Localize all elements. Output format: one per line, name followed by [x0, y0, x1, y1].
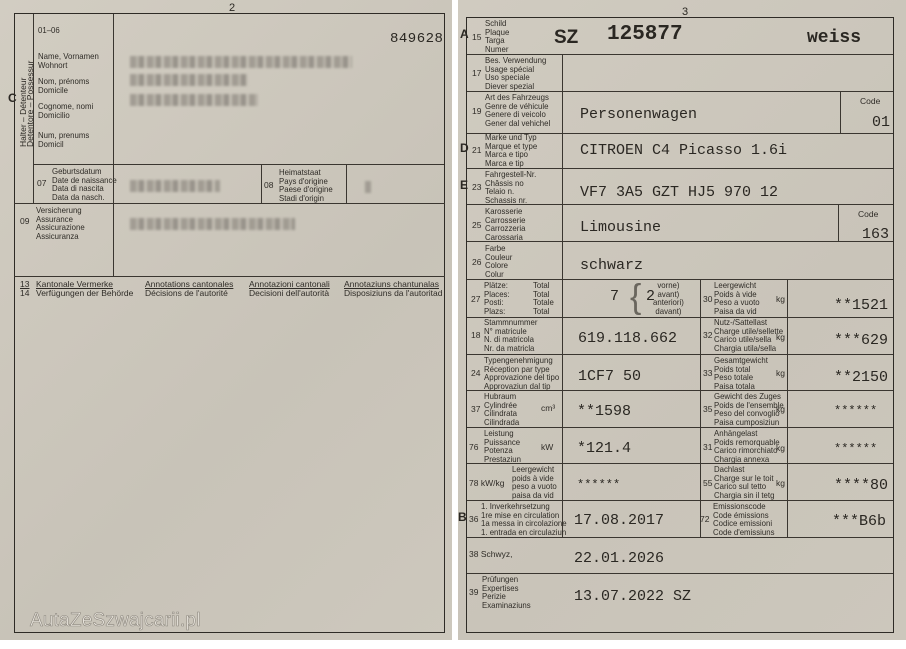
first-registration-label: 1. Inverkehrsetzung1re mise en circulati… — [481, 502, 567, 536]
power-weight-value: ****** — [577, 478, 620, 492]
field-number-78: 78 kW/kg — [469, 478, 504, 488]
divider — [346, 164, 347, 203]
holder-label-de: Name, VornamenWohnort — [38, 52, 99, 69]
unit-kg: kg — [776, 332, 785, 342]
matricule-value: 619.118.662 — [578, 330, 677, 347]
power-weight-label: Leergewichtpoids à videpeso a vuotopaisa… — [512, 465, 557, 499]
insurance-label: VersicherungAssuranceAssicurazioneAssicu… — [36, 206, 85, 240]
issue-date-value: 22.01.2026 — [574, 550, 664, 567]
divider — [14, 203, 445, 204]
divider — [33, 164, 444, 165]
brace-icon: { — [630, 280, 641, 314]
vertical-label-detentore: Detentore – Possessur — [26, 61, 35, 147]
vehicle-type-code: 01 — [872, 114, 890, 131]
field-number-37: 37 — [471, 404, 480, 414]
unit-kg: kg — [776, 368, 785, 378]
field-number-25: 25 — [472, 220, 481, 230]
watermark: AutaZeSzwajcarii.pl — [30, 610, 201, 632]
empty-weight-value: **1521 — [834, 297, 888, 314]
seats-front-label: vorne)avant)anteriori)davant) — [653, 281, 684, 315]
field-number-09: 09 — [20, 216, 29, 226]
emission-code-value: ***B6b — [832, 513, 886, 530]
roof-load-value: ****80 — [834, 477, 888, 494]
field-number-76: 76 — [469, 442, 478, 452]
unit-cm3: cm³ — [541, 403, 555, 413]
field-number-31: 31 — [703, 442, 712, 452]
divider — [261, 164, 262, 203]
unit-kg: kg — [776, 443, 785, 453]
field-number-26: 26 — [472, 257, 481, 267]
body-label: KarosserieCarrosserieCarrozzeriaCarossar… — [485, 207, 525, 241]
field-number-19: 19 — [472, 106, 481, 116]
origin-redacted — [365, 181, 371, 193]
field-number-32: 32 — [703, 330, 712, 340]
divider — [700, 279, 701, 537]
document-number: 849628 — [390, 31, 443, 47]
insurance-redacted — [130, 218, 295, 230]
plate-color: weiss — [807, 28, 861, 48]
authority-decisions-it: Decisioni dell'autorità — [249, 288, 329, 298]
matricule-label: StammnummerN° matriculeN. di matricolaNr… — [484, 318, 537, 352]
vehicle-type-code-label: Code — [860, 96, 880, 106]
field-number-27: 27 — [471, 294, 480, 304]
body-code-label: Code — [858, 209, 878, 219]
field-number-38: 38 Schwyz, — [469, 549, 513, 559]
special-use-label: Bes. VerwendungUsage spécialUso speciale… — [485, 56, 546, 90]
holder-range-label: 01–06 — [38, 26, 60, 35]
divider — [467, 427, 893, 428]
divider — [787, 279, 788, 537]
plate-canton: SZ — [554, 27, 578, 49]
authority-decisions-rm: Disposiziuns da l'autoritad — [344, 288, 442, 298]
colour-value: schwarz — [580, 257, 643, 274]
colour-label: FarbeCouleurColoreColur — [485, 244, 512, 278]
payload-value: ***629 — [834, 332, 888, 349]
train-weight-label: Gewicht des ZugesPoids de l'ensemblePeso… — [714, 392, 784, 426]
field-number-36: 36 — [469, 514, 478, 524]
emission-code-label: EmissionscodeCode émissionsCodice emissi… — [713, 502, 774, 536]
origin-label: HeimatstaatPays d'originePaese d'origine… — [279, 168, 333, 202]
unit-kg: kg — [776, 478, 785, 488]
holder-label-rm: Num, prenumsDomicil — [38, 131, 89, 148]
divider — [467, 279, 893, 280]
divider — [467, 573, 893, 574]
first-registration-value: 17.08.2017 — [574, 512, 664, 529]
payload-label: Nutz-/SattellastCharge utile/selletteCar… — [714, 318, 783, 352]
total-weight-value: **2150 — [834, 369, 888, 386]
side-letter-b: B — [458, 510, 467, 524]
roof-load-label: DachlastCharge sur le toitCarico sul tet… — [714, 465, 774, 499]
field-number-08: 08 — [264, 180, 273, 190]
holder-label-fr: Nom, prénomsDomicile — [38, 77, 89, 94]
field-number-17: 17 — [472, 68, 481, 78]
authority-decisions-fr: Décisions de l'autorité — [145, 288, 228, 298]
trailer-load-label: AnhängelastPoids remorquableCarico rimor… — [714, 429, 780, 463]
chassis-value: VF7 3A5 GZT HJ5 970 12 — [580, 184, 778, 201]
field-number-55: 55 — [703, 478, 712, 488]
chassis-label: Fahrgestell-Nr.Châssis noTelaio n.Schass… — [485, 170, 536, 204]
birth-date-label: GeburtsdatumDate de naissanceData di nas… — [52, 167, 117, 201]
field-number-07: 07 — [37, 178, 46, 188]
side-letter-e: E — [460, 178, 468, 192]
divider — [14, 276, 445, 277]
field-number-72: 72 — [700, 514, 709, 524]
divider — [562, 54, 563, 537]
power-value: *121.4 — [577, 440, 631, 457]
holder-label-it: Cognome, nomiDomicilio — [38, 102, 93, 119]
inspections-value: 13.07.2022 SZ — [574, 588, 691, 605]
holder-street-redacted — [130, 74, 248, 86]
power-label: LeistungPuissancePotenzaPrestaziun — [484, 429, 521, 463]
field-number-21: 21 — [472, 145, 481, 155]
seats-total-value: 7 — [610, 288, 619, 305]
divider — [467, 241, 893, 242]
unit-kw: kW — [541, 442, 553, 452]
trailer-load-value: ****** — [834, 442, 877, 456]
birth-date-redacted — [130, 180, 220, 192]
field-number-30: 30 — [703, 294, 712, 304]
field-number-14: 14 — [20, 288, 29, 298]
type-approval-label: TypengenehmigungRéception par typeApprov… — [484, 356, 559, 390]
plate-number: 125877 — [607, 23, 683, 46]
displacement-label: HubraumCylindréeCilindrataCilindrada — [484, 392, 519, 426]
side-letter-d: D — [460, 141, 469, 155]
type-approval-value: 1CF7 50 — [578, 368, 641, 385]
body-code: 163 — [862, 226, 889, 243]
inspections-label: PrüfungenExpertisesPerizieExaminaziuns — [482, 575, 531, 609]
holder-name-redacted — [130, 56, 352, 68]
displacement-value: **1598 — [577, 403, 631, 420]
plate-label: SchildPlaqueTargaNumer — [485, 19, 509, 53]
make-value: CITROEN C4 Picasso 1.6i — [580, 142, 787, 159]
divider — [113, 14, 114, 276]
vehicle-type-label: Art des FahrzeugsGenre de véhiculeGenere… — [485, 93, 550, 127]
field-number-33: 33 — [703, 368, 712, 378]
field-number-15: 15 — [472, 32, 481, 42]
seats-total-label: TotalTotalTotaleTotal — [533, 281, 554, 315]
side-letter-a: A — [460, 27, 469, 41]
field-number-18: 18 — [471, 330, 480, 340]
field-number-35: 35 — [703, 404, 712, 414]
train-weight-value: ****** — [834, 404, 877, 418]
total-weight-label: GesamtgewichtPoids totalPeso totalePaisa… — [714, 356, 768, 390]
divider — [840, 91, 841, 133]
divider — [467, 537, 893, 538]
field-number-39: 39 — [469, 587, 478, 597]
unit-kg: kg — [776, 404, 785, 414]
body-value: Limousine — [580, 219, 661, 236]
vehicle-type-value: Personenwagen — [580, 106, 697, 123]
field-number-24: 24 — [471, 368, 480, 378]
seats-label: Plätze:Places:Posti:Plazs: — [484, 281, 510, 315]
holder-city-redacted — [130, 94, 258, 106]
divider — [838, 204, 839, 241]
field-number-23: 23 — [472, 182, 481, 192]
unit-kg: kg — [776, 294, 785, 304]
empty-weight-label: LeergewichtPoids à videPeso a vuotoPaisa… — [714, 281, 760, 315]
authority-decisions-de: Verfügungen der Behörde — [36, 288, 133, 298]
make-label: Marke und TypMarque et typeMarca e tipoM… — [485, 133, 537, 167]
